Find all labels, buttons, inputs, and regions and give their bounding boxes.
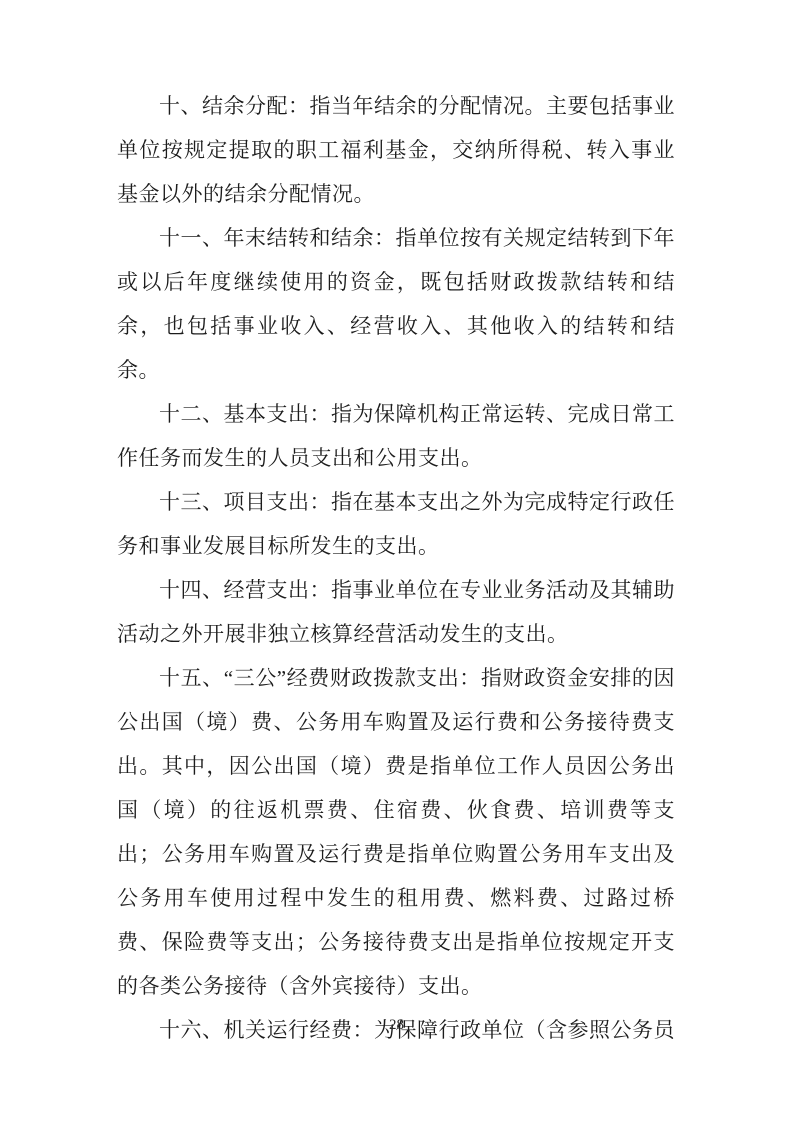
paragraph-item-12: 十二、基本支出：指为保障机构正常运转、完成日常工作任务而发生的人员支出和公用支出… [117, 392, 675, 480]
paragraph-item-11: 十一、年末结转和结余：指单位按有关规定结转到下年或以后年度继续使用的资金，既包括… [117, 216, 675, 392]
paragraph-item-10: 十、结余分配：指当年结余的分配情况。主要包括事业单位按规定提取的职工福利基金，交… [117, 84, 675, 216]
page-number: 28 [0, 1014, 793, 1036]
paragraph-item-15: 十五、“三公”经费财政拨款支出：指财政资金安排的因公出国（境）费、公务用车购置及… [117, 656, 675, 1008]
document-body-text: 十、结余分配：指当年结余的分配情况。主要包括事业单位按规定提取的职工福利基金，交… [117, 84, 675, 1052]
paragraph-item-13: 十三、项目支出：指在基本支出之外为完成特定行政任务和事业发展目标所发生的支出。 [117, 480, 675, 568]
document-page: 十、结余分配：指当年结余的分配情况。主要包括事业单位按规定提取的职工福利基金，交… [0, 0, 793, 1122]
paragraph-item-14: 十四、经营支出：指事业单位在专业业务活动及其辅助活动之外开展非独立核算经营活动发… [117, 568, 675, 656]
